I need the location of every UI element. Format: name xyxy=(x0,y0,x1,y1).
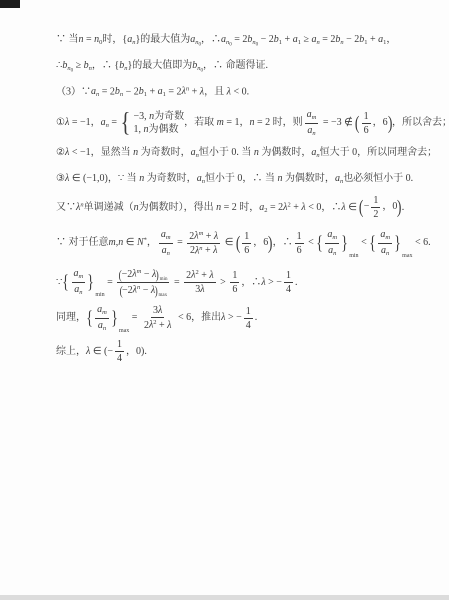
subscript-variable: m xyxy=(102,309,107,316)
min-max-label: max xyxy=(119,328,129,334)
math-line-content: ①λ = −1，an = {−3, n为奇数1, n为偶数，若取 m = 1，n… xyxy=(56,109,449,136)
subscript-variable: n xyxy=(79,289,82,296)
math-line-content: 同理，{aman}max = 3λ2λ2 + λ < 6，推出λ > −14. xyxy=(56,304,257,331)
text-run: ，∴ xyxy=(273,237,293,248)
fraction: 14 xyxy=(244,306,253,331)
text-run: . xyxy=(255,312,258,323)
fraction-denominator: 6 xyxy=(230,283,239,295)
variable-with-subscript: bn0 xyxy=(192,60,203,71)
min-max-label: min xyxy=(95,292,104,298)
math-line-1: ∵ 当n = n0时，{an}的最大值为an0，∴an0 = 2bn0 − 2b… xyxy=(56,28,428,54)
fraction-denominator: an xyxy=(305,124,317,137)
text-run: < 6，推出 xyxy=(176,312,222,323)
text-run: > xyxy=(218,276,229,287)
open-delimiter: { xyxy=(317,234,324,253)
text-run: 4 xyxy=(246,320,251,331)
fraction: (−2λm − λ)min(−2λn − λ)max xyxy=(117,268,169,297)
variable: λ xyxy=(158,305,162,316)
text-run: 为奇数时， xyxy=(138,147,191,158)
text-run: 恒小于 0. 当 xyxy=(199,147,254,158)
text-run: ∈ xyxy=(346,202,360,213)
variable-with-subscript: an xyxy=(74,284,82,296)
variable-with-superscript: λ2 xyxy=(283,202,291,213)
subscript-variable: n xyxy=(103,325,106,332)
fraction-numerator: am xyxy=(378,229,392,243)
text-run: 时，{ xyxy=(102,34,127,45)
text-run: + xyxy=(282,34,293,45)
fraction-denominator: 2λ2 + λ xyxy=(142,318,174,331)
fraction: 16 xyxy=(362,111,371,136)
math-line-7: 又∵λn单调递减（n为偶数时），得出 n = 2 时，a2 = 2λ2 + λ … xyxy=(56,192,428,223)
close-delimiter: } xyxy=(87,273,94,292)
text-run: 1 xyxy=(232,270,237,281)
text-run: 为偶数时， xyxy=(259,147,312,158)
braced-expression: {aman}min xyxy=(316,229,358,256)
subscript-variable: n xyxy=(312,130,315,137)
delimited-content: aman xyxy=(376,229,394,256)
text-run: ∈ xyxy=(222,237,236,248)
text-run: + xyxy=(291,202,302,213)
fraction-denominator: an xyxy=(379,244,391,257)
text-run: ，6 xyxy=(253,237,268,250)
fraction-denominator: 6 xyxy=(362,124,371,136)
fraction-numerator: (−2λm − λ)min xyxy=(117,268,169,283)
variable-with-subscript: bn0 xyxy=(62,60,73,71)
variable: λ xyxy=(214,231,218,242)
text-run: −2 xyxy=(122,269,133,280)
math-line-content: ∵{aman}min = (−2λm − λ)min(−2λn − λ)max … xyxy=(56,268,297,297)
fraction-numerator: am xyxy=(72,268,86,282)
fraction-numerator: 1 xyxy=(244,306,253,319)
variable-with-superscript: λn xyxy=(133,284,141,296)
subscript: m xyxy=(385,234,390,241)
text-run: < −1，显然当 xyxy=(69,147,133,158)
text-run: ，若取 xyxy=(184,117,217,128)
fraction-denominator: an xyxy=(160,244,172,257)
text-run: 6 xyxy=(297,245,302,256)
fraction-numerator: am xyxy=(95,304,109,318)
math-line-9: ∵{aman}min = (−2λm − λ)min(−2λn − λ)max … xyxy=(56,263,428,301)
text-run: + xyxy=(147,86,158,97)
text-run: 恒大于 0，所以同理舍去； xyxy=(320,147,438,158)
variable-with-subscript: an xyxy=(381,245,389,257)
delimited-content: 16，6 xyxy=(240,231,268,256)
text-run: = 2 xyxy=(166,86,182,97)
text-run: 1 xyxy=(297,231,302,242)
fraction: aman xyxy=(159,229,173,256)
fraction-denominator: 4 xyxy=(284,283,293,295)
text-run: < 0，∴ xyxy=(306,202,342,213)
math-line-content: 综上，λ ∈ (−14，0). xyxy=(56,339,147,364)
open-delimiter: ( xyxy=(236,234,241,253)
text-run: 2 xyxy=(373,209,378,220)
open-delimiter: { xyxy=(86,309,93,328)
text-run: ，所以舍去； xyxy=(392,117,449,128)
fraction-numerator: 2λ2 + λ xyxy=(184,269,216,283)
fraction-numerator: 1 xyxy=(284,270,293,283)
variable: λ xyxy=(213,245,217,256)
delimited-content: 16，6 xyxy=(360,111,388,136)
text-run: = xyxy=(175,237,186,248)
text-run: + xyxy=(199,270,210,281)
text-run: 1 xyxy=(286,270,291,281)
text-run: ， xyxy=(147,237,157,248)
variable-with-subscript: an xyxy=(197,173,205,184)
text-run: ∈ (− xyxy=(90,345,113,356)
text-run: ，6 xyxy=(373,117,388,130)
fraction-numerator: 1 xyxy=(295,231,304,244)
math-line-8: ∵ 对于任意m,n ∈ N*，aman = 2λm + λ2λn + λ ∈ (… xyxy=(56,223,428,263)
parenthesized-expression: (−2λm − λ)min xyxy=(119,268,167,281)
open-delimiter: { xyxy=(369,234,376,253)
text-run: < 6. xyxy=(413,237,431,248)
text-run: 单调递减（ xyxy=(84,202,134,213)
text-run: 6 xyxy=(244,245,249,256)
math-line-11: 综上，λ ∈ (−14，0). xyxy=(56,335,428,367)
fraction-denominator: 2λn + λ xyxy=(188,244,220,257)
text-run: 1 xyxy=(244,231,249,242)
text-run: − 2 xyxy=(123,86,139,97)
close-delimiter: } xyxy=(111,309,118,328)
text-run: = 2 时， xyxy=(221,202,259,213)
open-delimiter: ( xyxy=(119,268,122,281)
math-line-content: ∵ 对于任意m,n ∈ N*，aman = 2λm + λ2λn + λ ∈ (… xyxy=(56,229,431,256)
subscript: m xyxy=(79,273,84,280)
fraction: aman xyxy=(325,229,339,256)
text-run: = xyxy=(109,117,120,128)
variable-with-subscript: b1 xyxy=(139,86,147,97)
text-run: + xyxy=(367,34,378,45)
variable: m xyxy=(109,237,116,248)
text-run: = 2 xyxy=(232,34,248,45)
open-delimiter: ( xyxy=(355,114,360,133)
variable-with-subscript: an xyxy=(101,117,109,128)
text-run: + xyxy=(203,231,214,242)
text-run: ，且 xyxy=(204,86,227,97)
fraction: aman xyxy=(95,304,109,331)
subscript-variable: m xyxy=(79,273,84,280)
text-run: 也必须恒小于 0. xyxy=(343,173,413,184)
text-run: 为偶数时， xyxy=(282,173,335,184)
subscript: m xyxy=(102,309,107,316)
parenthesized-expression: (16，6) xyxy=(355,111,392,136)
text-run: = 2 xyxy=(267,202,283,213)
math-line-content: ③λ ∈ (−1,0)，∵ 当 n 为奇数时，an恒小于 0，∴ 当 n 为偶数… xyxy=(56,173,413,186)
fraction: 16 xyxy=(230,270,239,295)
text-run: − xyxy=(140,285,151,296)
fraction-denominator: 6 xyxy=(295,244,304,256)
min-max-label: max xyxy=(159,293,168,298)
text-run: > − xyxy=(266,276,282,287)
min-max-label: min xyxy=(160,277,168,282)
math-line-content: ②λ < −1，显然当 n 为奇数时，an恒小于 0. 当 n 为偶数时，an恒… xyxy=(56,147,437,160)
text-run: 4 xyxy=(286,284,291,295)
fraction: 14 xyxy=(115,339,124,364)
subscript: m xyxy=(166,234,171,241)
variable: λ xyxy=(209,270,213,281)
variable-with-subscript: an xyxy=(98,320,106,332)
delimited-content: aman xyxy=(323,229,341,256)
subscript: n xyxy=(333,250,336,257)
text-run: = xyxy=(171,276,182,287)
math-line-content: ∴bn0 ≥ bn，∴ {bn}的最大值即为bn0，∴ 命题得证. xyxy=(56,60,268,75)
text-run: = 2 时，则 xyxy=(254,117,302,128)
variable-with-subscript: bn xyxy=(335,34,343,45)
variable-with-superscript: λm xyxy=(194,230,203,242)
fraction-denominator: 4 xyxy=(115,352,124,364)
solution-text: ∵ 当n = n0时，{an}的最大值为an0，∴an0 = 2bn0 − 2b… xyxy=(56,28,428,367)
text-run: 为偶数时），得出 xyxy=(139,202,217,213)
fraction-denominator: an xyxy=(72,283,84,296)
math-line-content: （3）∵an = 2bn − 2b1 + a1 = 2λn + λ，且 λ < … xyxy=(56,86,249,100)
close-delimiter: ) xyxy=(397,198,402,217)
variable-with-subscript: an0 xyxy=(190,34,201,45)
subscript: n xyxy=(386,250,389,257)
text-run: −3, xyxy=(133,111,149,122)
fraction-denominator: 2 xyxy=(371,208,380,220)
text-run: 1, xyxy=(133,124,143,135)
variable: λ xyxy=(200,284,204,295)
cases-left-brace: { xyxy=(121,110,131,136)
delimited-content: −2λn − λ xyxy=(122,284,155,296)
subscript-variable: m xyxy=(166,234,171,241)
variable-with-subscript: an xyxy=(335,173,343,184)
fraction-numerator: 3λ xyxy=(151,305,164,318)
fraction-numerator: 1 xyxy=(242,231,251,244)
fraction-numerator: am xyxy=(325,229,339,243)
variable-with-subscript: an xyxy=(307,125,315,137)
delimited-content: aman xyxy=(93,304,111,331)
text-run: 1 xyxy=(246,306,251,317)
text-run: 1 xyxy=(364,111,369,122)
bottom-edge-strip xyxy=(0,595,449,600)
variable-with-superscript: λ2 xyxy=(191,269,199,281)
open-delimiter: { xyxy=(63,273,70,292)
math-line-3: （3）∵an = 2bn − 2b1 + a1 = 2λn + λ，且 λ < … xyxy=(56,80,428,105)
text-run: > − xyxy=(226,312,242,323)
subscript-variable: m xyxy=(312,114,317,121)
math-line-10: 同理，{aman}max = 3λ2λ2 + λ < 6，推出λ > −14. xyxy=(56,301,428,335)
math-line-5: ②λ < −1，显然当 n 为奇数时，an恒小于 0. 当 n 为偶数时，an恒… xyxy=(56,141,428,167)
open-delimiter: ( xyxy=(359,198,364,217)
variable-with-subscript: am xyxy=(74,268,84,280)
text-run: （3）∵ xyxy=(56,86,91,97)
text-run: − 2 xyxy=(344,34,360,45)
variable-with-subscript: am xyxy=(327,229,337,241)
text-run: 1 xyxy=(373,195,378,206)
text-run: 1 xyxy=(117,339,122,350)
fraction: 2λ2 + λ3λ xyxy=(184,269,216,295)
fraction-numerator: am xyxy=(305,109,319,123)
text-run: 综上， xyxy=(56,345,86,356)
document-page: ∵ 当n = n0时，{an}的最大值为an0，∴an0 = 2bn0 − 2b… xyxy=(0,0,449,600)
subscript: n xyxy=(103,325,106,332)
delimited-content: −12，0 xyxy=(364,195,398,220)
text-run: ∵ 对于任意 xyxy=(56,237,109,248)
delimited-content: aman xyxy=(70,268,88,295)
subscript-variable: n xyxy=(386,250,389,257)
variable-with-subscript: an xyxy=(311,147,319,158)
cases-row: 1, n为偶数 xyxy=(133,123,184,137)
fraction: 14 xyxy=(284,270,293,295)
fraction: aman xyxy=(305,109,319,136)
text-run: ，∴ xyxy=(201,34,221,45)
fraction-denominator: an xyxy=(326,244,338,257)
text-run: = 2 xyxy=(99,86,115,97)
fraction-denominator: 4 xyxy=(244,319,253,331)
math-line-content: ∵ 当n = n0时，{an}的最大值为an0，∴an0 = 2bn0 − 2b… xyxy=(56,34,396,49)
fraction-numerator: am xyxy=(159,229,173,243)
fraction: 16 xyxy=(295,231,304,256)
text-run: 6 xyxy=(232,284,237,295)
close-delimiter: ) xyxy=(155,284,158,297)
variable: λ xyxy=(167,320,171,331)
text-run: 为奇数时， xyxy=(144,173,197,184)
text-run: }的最大值为 xyxy=(135,34,190,45)
variable-with-superscript: λn xyxy=(195,245,203,257)
delimited-content: −2λm − λ xyxy=(122,268,157,280)
subscript: m xyxy=(332,234,337,241)
variable-with-subscript: a1 xyxy=(158,86,166,97)
subscript: m xyxy=(312,114,317,121)
min-max-label: min xyxy=(349,253,358,259)
text-run: . xyxy=(402,202,405,213)
fraction: aman xyxy=(378,229,392,256)
text-run: ∈ xyxy=(123,237,137,248)
cases-rows: −3, n为奇数1, n为偶数 xyxy=(133,110,184,137)
variable-with-subscript: a1 xyxy=(293,34,301,45)
text-run: ② xyxy=(56,147,65,158)
text-run: + xyxy=(157,320,168,331)
cases-expression: {−3, n为奇数1, n为偶数 xyxy=(119,110,184,137)
subscript: n xyxy=(167,250,170,257)
close-delimiter: } xyxy=(341,234,348,253)
text-run: < xyxy=(306,237,317,248)
variable-with-subscript: am xyxy=(380,229,390,241)
text-run: ，∴ { xyxy=(92,60,119,71)
variable-with-subscript: an xyxy=(162,245,170,257)
text-run: 又∵ xyxy=(56,202,76,213)
math-line-4: ①λ = −1，an = {−3, n为奇数1, n为偶数，若取 m = 1，n… xyxy=(56,105,428,141)
subscript-variable: n xyxy=(333,250,336,257)
min-max-label: max xyxy=(402,253,412,259)
fraction-numerator: 1 xyxy=(362,111,371,124)
variable-with-subscript: bn0 xyxy=(247,34,258,45)
braced-expression: {aman}min xyxy=(62,268,104,295)
text-run: 恒小于 0，∴ 当 xyxy=(205,173,278,184)
fraction-numerator: 1 xyxy=(230,270,239,283)
text-run: = −3 ∉ xyxy=(320,117,355,128)
subscript-variable: m xyxy=(385,234,390,241)
variable-with-subscript: an xyxy=(328,245,336,257)
text-run: < 0. xyxy=(231,86,249,97)
text-run: ∵ 当 xyxy=(56,34,79,45)
fraction: aman xyxy=(72,268,86,295)
text-run: ≥ xyxy=(301,34,312,45)
variable-with-subscript: an0 xyxy=(221,34,232,45)
subscript: n xyxy=(312,130,315,137)
close-delimiter: ) xyxy=(388,114,393,133)
text-run: = xyxy=(105,276,116,287)
fraction: 16 xyxy=(242,231,251,256)
subscript-variable: n xyxy=(167,250,170,257)
parenthesized-expression: (−12，0) xyxy=(359,195,401,220)
variable-with-subscript: an xyxy=(91,86,99,97)
corner-mark xyxy=(0,0,20,8)
close-delimiter: ) xyxy=(156,268,159,281)
text-run: ，0). xyxy=(126,345,147,356)
close-delimiter: ) xyxy=(268,234,273,253)
text-run: 同理， xyxy=(56,312,86,323)
text-run: < xyxy=(359,237,370,248)
text-run: 4 xyxy=(117,353,122,364)
variable: N xyxy=(137,237,144,248)
text-run: ，0 xyxy=(382,201,397,214)
text-run: . xyxy=(295,276,298,287)
text-run: }的最大值即为 xyxy=(127,60,192,71)
text-run: ，∴ 命题得证. xyxy=(203,60,268,71)
text-run: = xyxy=(129,312,140,323)
cases-row: −3, n为奇数 xyxy=(133,110,184,124)
variable-with-superscript: λ2 xyxy=(149,319,157,331)
fraction: 2λm + λ2λn + λ xyxy=(187,230,220,256)
open-delimiter: ( xyxy=(119,284,122,297)
text-run: 为偶数 xyxy=(148,124,178,135)
text-run: −2 xyxy=(122,285,133,296)
fraction-numerator: 1 xyxy=(115,339,124,352)
text-run: ③ xyxy=(56,173,65,184)
fraction: 3λ2λ2 + λ xyxy=(142,305,174,331)
math-line-content: 又∵λn单调递减（n为偶数时），得出 n = 2 时，a2 = 2λ2 + λ … xyxy=(56,195,404,220)
variable-with-subscript: bn xyxy=(84,60,92,71)
variable: m xyxy=(217,117,224,128)
math-line-6: ③λ ∈ (−1,0)，∵ 当 n 为奇数时，an恒小于 0，∴ 当 n 为偶数… xyxy=(56,167,428,192)
text-run: + xyxy=(203,245,214,256)
subscript-variable: m xyxy=(332,234,337,241)
braced-expression: {aman}max xyxy=(369,229,412,256)
text-run: = 2 xyxy=(320,34,336,45)
fraction-denominator: (−2λn − λ)max xyxy=(118,283,170,297)
fraction-denominator: 6 xyxy=(242,244,251,256)
parenthesized-expression: (−2λn − λ)max xyxy=(120,284,168,297)
variable-with-subscript: am xyxy=(161,229,171,241)
fraction-denominator: 3λ xyxy=(193,283,206,295)
text-run: 为奇数 xyxy=(154,111,184,122)
variable-with-superscript: λm xyxy=(132,268,141,280)
fraction: 12 xyxy=(371,195,380,220)
variable-with-subscript: am xyxy=(97,304,107,316)
math-line-2: ∴bn0 ≥ bn，∴ {bn}的最大值即为bn0，∴ 命题得证. xyxy=(56,54,428,80)
text-run: ≥ xyxy=(73,60,84,71)
text-run: = 1， xyxy=(224,117,250,128)
variable-with-subscript: an xyxy=(311,34,319,45)
variable-with-subscript: an xyxy=(191,147,199,158)
braced-expression: {aman}max xyxy=(86,304,129,331)
text-run: = xyxy=(84,34,95,45)
fraction-numerator: 1 xyxy=(371,195,380,208)
text-run: = −1， xyxy=(69,117,100,128)
text-run: ∈ (−1,0)，∵ 当 xyxy=(69,173,139,184)
fraction-numerator: 2λm + λ xyxy=(187,230,220,244)
variable-with-superscript: N* xyxy=(137,237,147,248)
subscript: n xyxy=(79,289,82,296)
text-run: ，∴ xyxy=(241,276,261,287)
text-run: ① xyxy=(56,117,65,128)
text-run: 6 xyxy=(364,125,369,136)
text-run: − xyxy=(364,201,370,214)
text-run: + xyxy=(189,86,200,97)
parenthesized-expression: (16，6) xyxy=(236,231,273,256)
